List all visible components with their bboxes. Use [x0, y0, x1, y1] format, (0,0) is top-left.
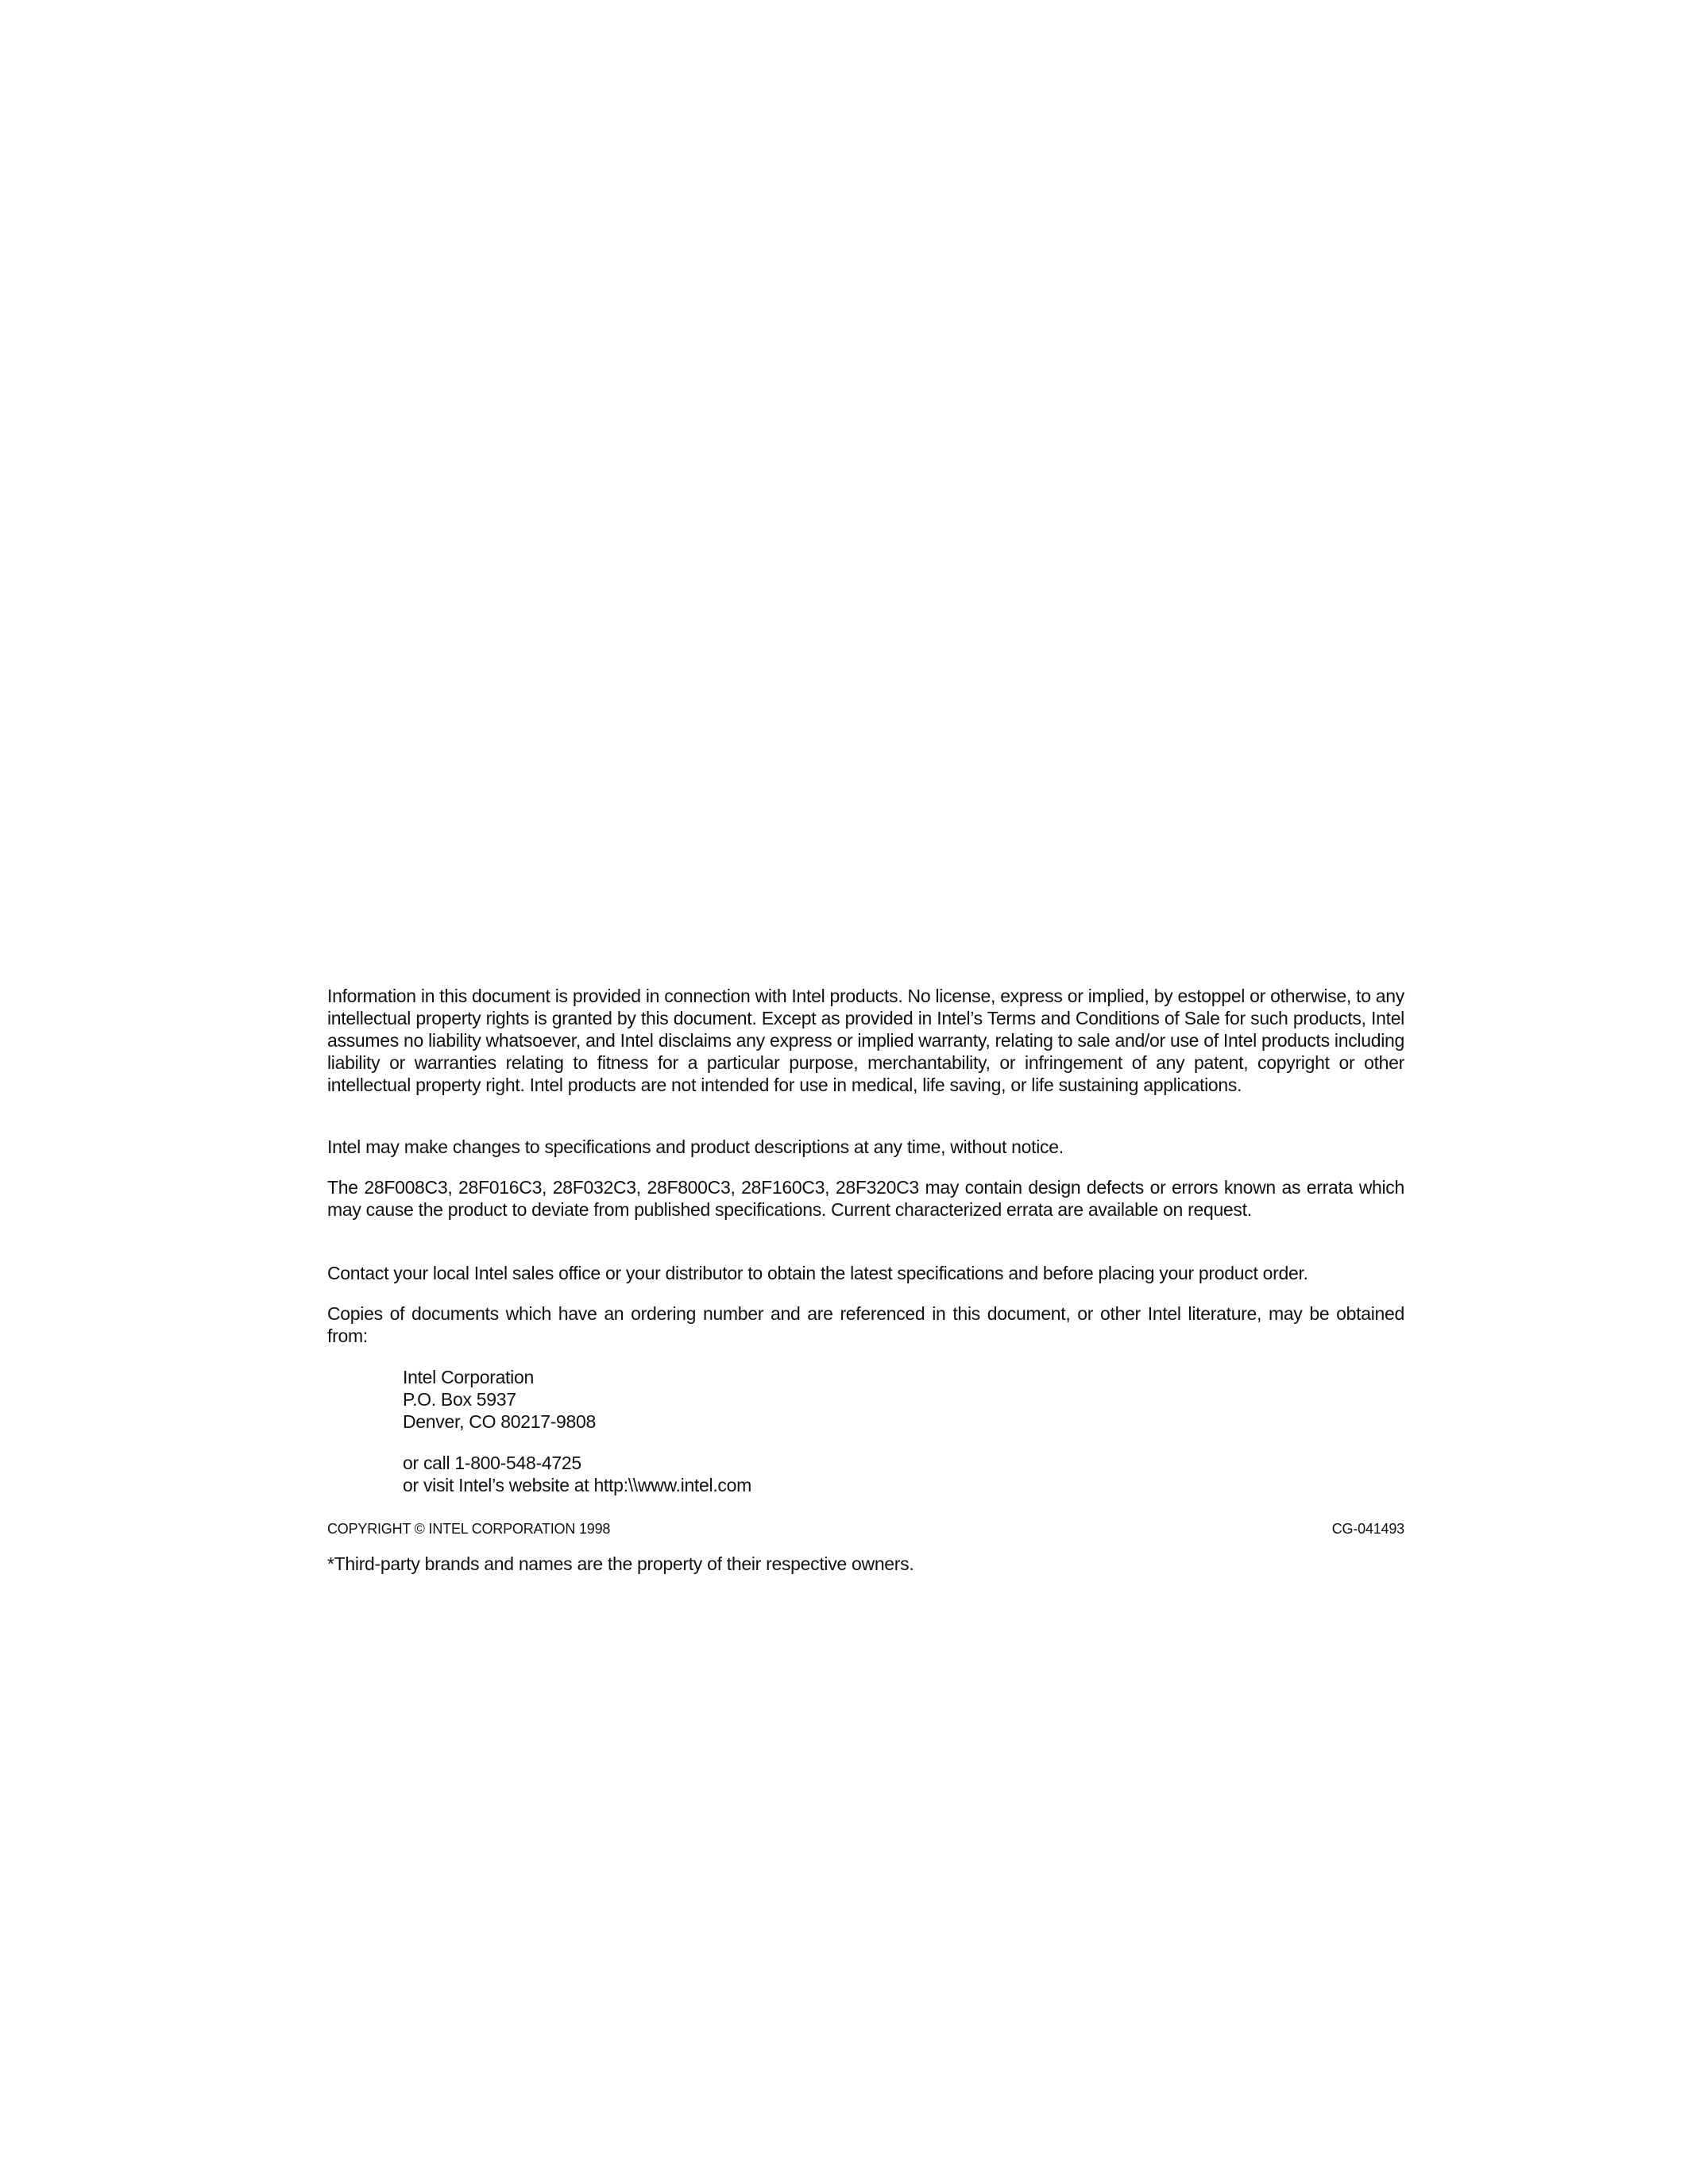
- copies-text: Copies of documents which have an orderi…: [327, 1302, 1404, 1347]
- document-code: CG-041493: [1332, 1520, 1404, 1538]
- address-city: Denver, CO 80217-9808: [403, 1410, 596, 1433]
- phone-line: or call 1-800-548-4725: [403, 1452, 751, 1474]
- errata-text: The 28F008C3, 28F016C3, 28F032C3, 28F800…: [327, 1176, 1404, 1221]
- contact-info: or call 1-800-548-4725 or visit Intel’s …: [403, 1452, 751, 1496]
- copyright-text: COPYRIGHT © INTEL CORPORATION 1998: [327, 1520, 610, 1538]
- errata-paragraph: The 28F008C3, 28F016C3, 28F032C3, 28F800…: [327, 1176, 1404, 1221]
- changes-notice-paragraph: Intel may make changes to specifications…: [327, 1136, 1404, 1158]
- changes-notice-text: Intel may make changes to specifications…: [327, 1136, 1404, 1158]
- mailing-address: Intel Corporation P.O. Box 5937 Denver, …: [403, 1366, 596, 1433]
- trademark-footnote: *Third-party brands and names are the pr…: [327, 1553, 914, 1575]
- copies-paragraph: Copies of documents which have an orderi…: [327, 1302, 1404, 1347]
- address-company: Intel Corporation: [403, 1366, 596, 1388]
- disclaimer-text: Information in this document is provided…: [327, 985, 1404, 1096]
- website-line[interactable]: or visit Intel’s website at http:\\www.i…: [403, 1474, 751, 1496]
- address-po-box: P.O. Box 5937: [403, 1388, 596, 1410]
- copyright-row: COPYRIGHT © INTEL CORPORATION 1998 CG-04…: [327, 1520, 1404, 1538]
- contact-text: Contact your local Intel sales office or…: [327, 1262, 1404, 1284]
- legal-disclaimer-paragraph: Information in this document is provided…: [327, 985, 1404, 1096]
- contact-paragraph: Contact your local Intel sales office or…: [327, 1262, 1404, 1284]
